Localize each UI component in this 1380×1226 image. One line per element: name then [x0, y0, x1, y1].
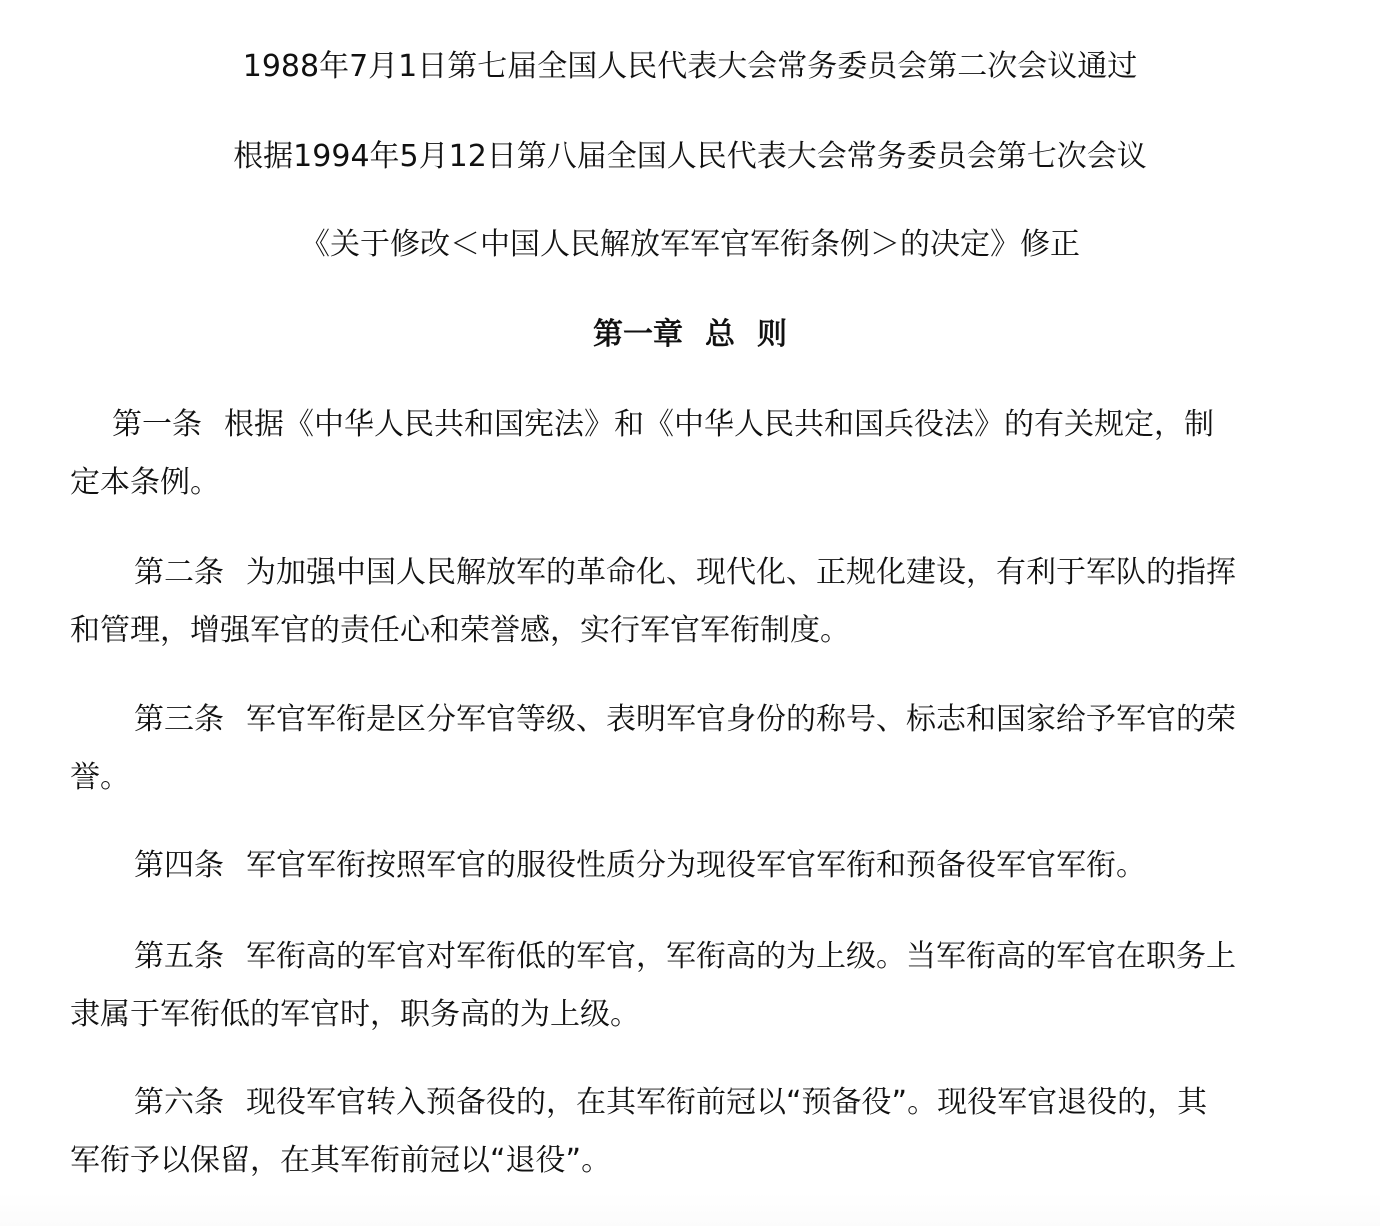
article-4: 第四条军官军衔按照军官的服役性质分为现役军官军衔和预备役军官军衔。 [70, 837, 1310, 895]
article-line: 第一条根据《中华人民共和国宪法》和《中华人民共和国兵役法》的有关规定，制 [70, 396, 1310, 454]
chapter-heading: 第一章总则 [0, 315, 1380, 355]
adoption-note: 1988年7月1日第七届全国人民代表大会常务委员会第二次会议通过 [0, 47, 1380, 87]
article-2: 第二条为加强中国人民解放军的革命化、现代化、正规化建设，有利于军队的指挥 和管理… [70, 544, 1310, 660]
article-line: 第四条军官军衔按照军官的服役性质分为现役军官军衔和预备役军官军衔。 [70, 837, 1310, 895]
chapter-title-part-2: 则 [757, 317, 787, 352]
article-line: 军衔予以保留，在其军衔前冠以“退役”。 [70, 1132, 1310, 1190]
article-number: 第五条 [134, 928, 224, 986]
article-line: 第二条为加强中国人民解放军的革命化、现代化、正规化建设，有利于军队的指挥 [70, 544, 1310, 602]
article-line: 第六条现役军官转入预备役的，在其军衔前冠以“预备役”。现役军官退役的，其 [70, 1074, 1310, 1132]
article-line: 誉。 [70, 749, 1310, 807]
article-text: 根据《中华人民共和国宪法》和《中华人民共和国兵役法》的有关规定，制 [224, 407, 1214, 442]
article-text: 为加强中国人民解放军的革命化、现代化、正规化建设，有利于军队的指挥 [246, 555, 1236, 590]
article-text: 军官军衔是区分军官等级、表明军官身份的称号、标志和国家给予军官的荣 [246, 702, 1236, 737]
article-5: 第五条军衔高的军官对军衔低的军官，军衔高的为上级。当军衔高的军官在职务上 隶属于… [70, 928, 1310, 1044]
article-number: 第六条 [134, 1074, 224, 1132]
article-6: 第六条现役军官转入预备役的，在其军衔前冠以“预备役”。现役军官退役的，其 军衔予… [70, 1074, 1310, 1190]
amendment-note-line-2: 《关于修改＜中国人民解放军军官军衔条例＞的决定》修正 [0, 225, 1380, 265]
amendment-note-line-1: 根据1994年5月12日第八届全国人民代表大会常务委员会第七次会议 [0, 137, 1380, 177]
article-number: 第一条 [112, 396, 202, 454]
article-line: 和管理，增强军官的责任心和荣誉感，实行军官军衔制度。 [70, 602, 1310, 660]
article-number: 第四条 [134, 837, 224, 895]
article-line: 定本条例。 [70, 454, 1310, 512]
article-line: 隶属于军衔低的军官时，职务高的为上级。 [70, 986, 1310, 1044]
chapter-title-part-1: 总 [705, 317, 735, 352]
article-number: 第二条 [134, 544, 224, 602]
article-3: 第三条军官军衔是区分军官等级、表明军官身份的称号、标志和国家给予军官的荣 誉。 [70, 691, 1310, 807]
article-1: 第一条根据《中华人民共和国宪法》和《中华人民共和国兵役法》的有关规定，制 定本条… [70, 396, 1310, 512]
article-line: 第三条军官军衔是区分军官等级、表明军官身份的称号、标志和国家给予军官的荣 [70, 691, 1310, 749]
article-text: 军衔高的军官对军衔低的军官，军衔高的为上级。当军衔高的军官在职务上 [246, 939, 1236, 974]
article-text: 军官军衔按照军官的服役性质分为现役军官军衔和预备役军官军衔。 [246, 848, 1146, 883]
chapter-number: 第一章 [593, 317, 683, 352]
article-line: 第五条军衔高的军官对军衔低的军官，军衔高的为上级。当军衔高的军官在职务上 [70, 928, 1310, 986]
article-text: 现役军官转入预备役的，在其军衔前冠以“预备役”。现役军官退役的，其 [246, 1085, 1207, 1120]
article-number: 第三条 [134, 691, 224, 749]
